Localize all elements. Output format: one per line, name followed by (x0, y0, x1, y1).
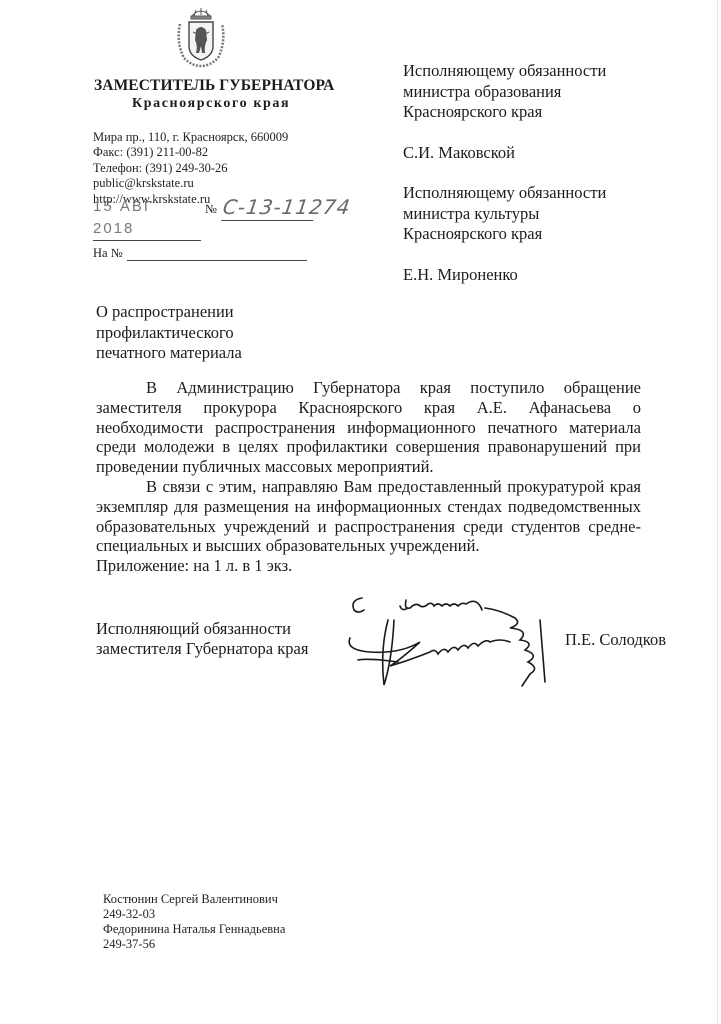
executor-phone: 249-37-56 (103, 937, 285, 952)
recipient-position: Исполняющему обязанности министра культу… (403, 183, 606, 245)
scan-edge-line (717, 0, 718, 1024)
executor-phone: 249-32-03 (103, 907, 285, 922)
reference-label: На № (93, 246, 123, 260)
signatory-title-line: заместителя Губернатора края (96, 639, 308, 659)
subject-line: печатного материала (96, 343, 242, 364)
executor-name: Федоринина Наталья Геннадьевна (103, 922, 285, 937)
recipient-position-line: министра культуры (403, 204, 606, 225)
subject-line: О распространении (96, 302, 242, 323)
recipients: Исполняющему обязанности министра образо… (403, 61, 606, 285)
executors-info: Костюнин Сергей Валентинович 249-32-03 Ф… (103, 892, 285, 952)
recipient-position-line: Исполняющему обязанности (403, 183, 606, 204)
reference-row: На № (93, 246, 307, 261)
handwritten-signature-icon (340, 590, 580, 700)
recipient-position: Исполняющему обязанности министра образо… (403, 61, 606, 123)
org-subtitle: Красноярского края (132, 96, 290, 112)
recipient-position-line: Красноярского края (403, 224, 606, 245)
phone: Телефон: (391) 249-30-26 (93, 161, 288, 176)
signatory-name: П.Е. Солодков (565, 630, 666, 650)
registration-number: С-13-11274 (221, 194, 317, 221)
recipient-position-line: Красноярского края (403, 102, 606, 123)
recipient-position-line: Исполняющему обязанности (403, 61, 606, 82)
executor-name: Костюнин Сергей Валентинович (103, 892, 285, 907)
subject-line: профилактического (96, 323, 242, 344)
body-paragraph: В связи с этим, направляю Вам предоставл… (96, 477, 641, 556)
recipient-position-line: министра образования (403, 82, 606, 103)
attachment-note: Приложение: на 1 л. в 1 экз. (96, 556, 641, 576)
letter-subject: О распространении профилактического печа… (96, 302, 242, 364)
registration-row: 15 АВГ 2018 № С-13-11274 (93, 196, 333, 220)
coat-of-arms-icon (174, 6, 228, 70)
recipient-name: С.И. Маковской (403, 143, 606, 164)
email-link[interactable]: public@krskstate.ru (93, 176, 288, 191)
stamp-date: 15 АВГ 2018 (93, 196, 201, 241)
org-title: ЗАМЕСТИТЕЛЬ ГУБЕРНАТОРА (94, 77, 334, 95)
fax: Факс: (391) 211-00-82 (93, 145, 288, 160)
letter-body: В Администрацию Губернатора края поступи… (96, 378, 641, 576)
signatory-title: Исполняющий обязанности заместителя Губе… (96, 619, 308, 659)
number-sign: № (205, 202, 217, 217)
reference-blank-line (127, 248, 307, 261)
body-paragraph: В Администрацию Губернатора края поступи… (96, 378, 641, 477)
signatory-title-line: Исполняющий обязанности (96, 619, 308, 639)
address: Мира пр., 110, г. Красноярск, 660009 (93, 130, 288, 145)
recipient-name: Е.Н. Мироненко (403, 265, 606, 286)
